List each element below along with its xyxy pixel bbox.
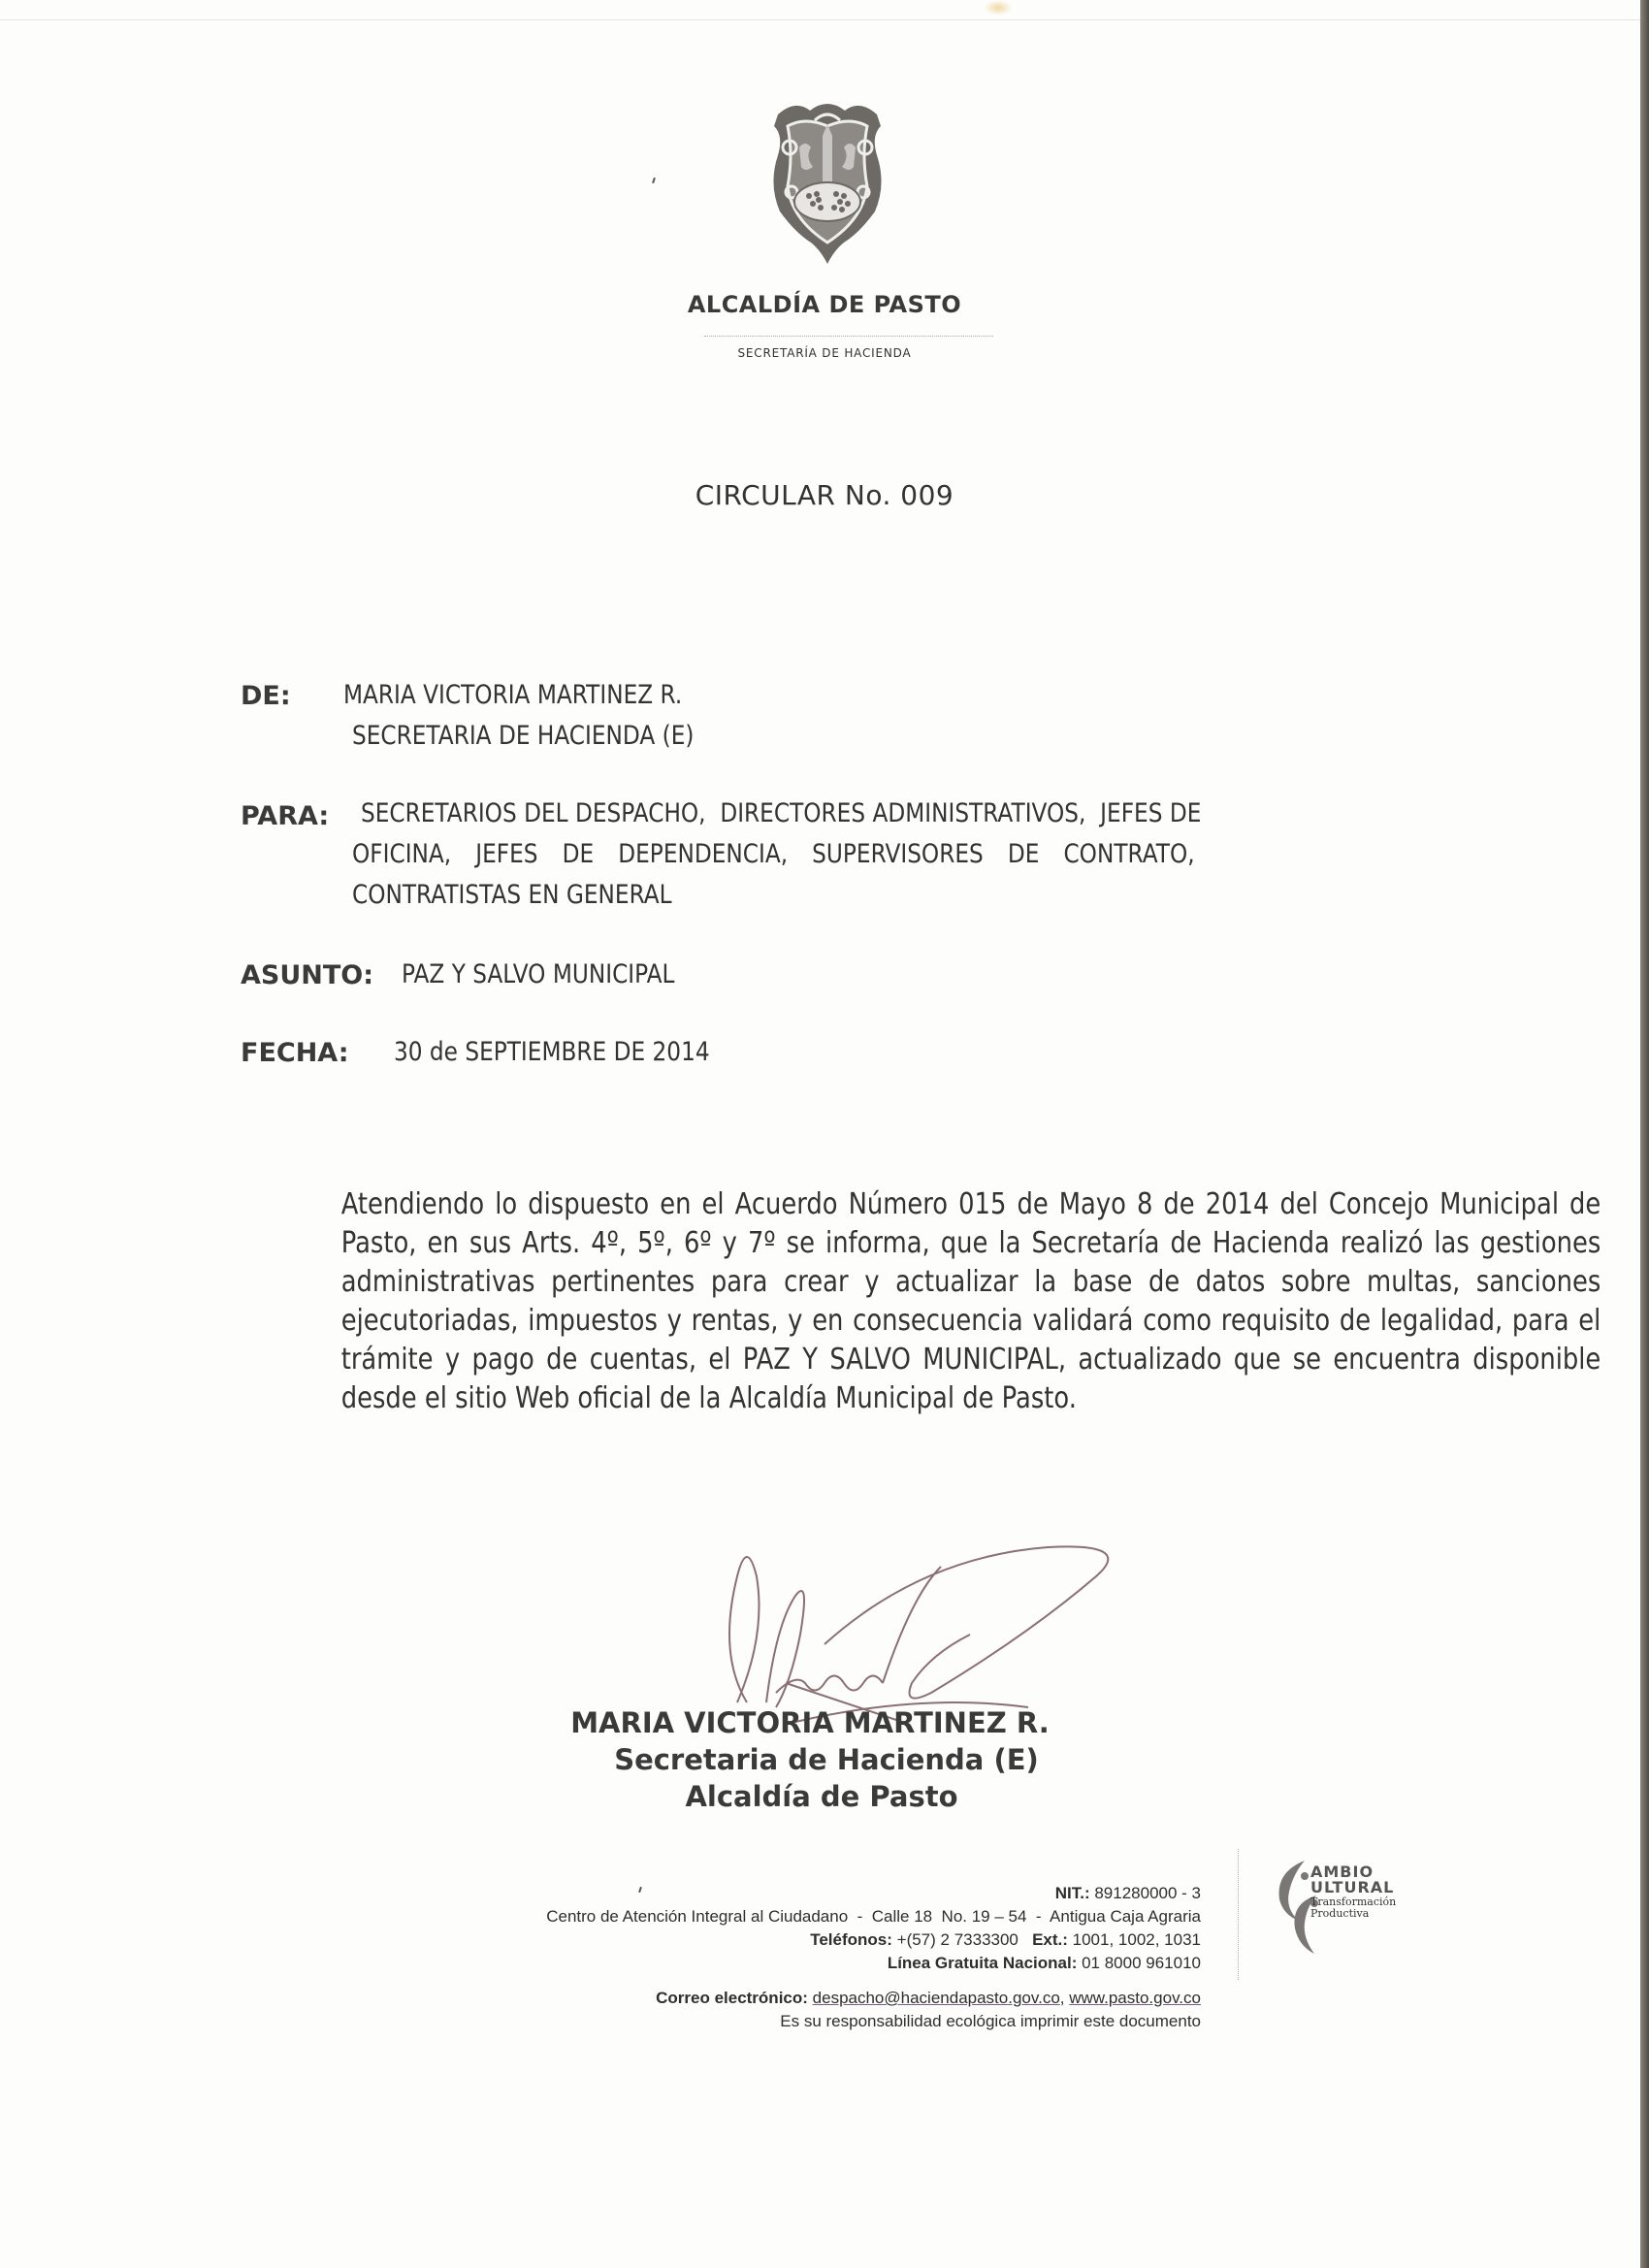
ext-label: Ext.: xyxy=(1032,1930,1068,1949)
eco-note: Es su responsabilidad ecológica imprimir… xyxy=(388,2010,1201,2033)
ext-value: 1001, 1002, 1031 xyxy=(1073,1930,1201,1949)
scan-smudge xyxy=(984,0,1013,16)
address-line: Centro de Atención Integral al Ciudadano… xyxy=(388,1905,1201,1928)
footer-divider xyxy=(1238,1849,1239,1980)
organization-name: ALCALDÍA DE PASTO xyxy=(0,291,1649,318)
toll-free-line: Línea Gratuita Nacional: 01 8000 961010 xyxy=(388,1952,1201,1975)
department-name: SECRETARÍA DE HACIENDA xyxy=(0,346,1649,360)
body-paragraph: Atendiendo lo dispuesto en el Acuerdo Nú… xyxy=(341,1185,1601,1418)
date-value: 30 de SEPTIEMBRE DE 2014 xyxy=(394,1032,710,1073)
to-label: PARA: xyxy=(241,801,329,831)
website-link[interactable]: www.pasto.gov.co xyxy=(1069,1989,1201,2007)
subject-label: ASUNTO: xyxy=(241,960,373,990)
body-text: Atendiendo lo dispuesto en el Acuerdo Nú… xyxy=(341,1185,1601,1418)
campaign-line-2: ULTURAL xyxy=(1310,1878,1394,1896)
from-label: DE: xyxy=(241,681,291,711)
handwritten-signature-icon xyxy=(679,1538,1145,1732)
phones-label: Teléfonos: xyxy=(810,1930,892,1949)
signer-name: MARIA VICTORIA MARTINEZ R. xyxy=(0,1704,1649,1741)
scan-speck xyxy=(652,178,656,183)
nit-value: 891280000 - 3 xyxy=(1094,1884,1201,1902)
letterhead-divider xyxy=(704,336,993,337)
email-label: Correo electrónico: xyxy=(656,1989,808,2007)
phones-line: Teléfonos: +(57) 2 7333300 Ext.: 1001, 1… xyxy=(388,1928,1201,1952)
nit-label: NIT.: xyxy=(1055,1884,1090,1902)
phones-value: +(57) 2 7333300 xyxy=(897,1930,1018,1949)
email-line: Correo electrónico: despacho@haciendapas… xyxy=(388,1987,1201,2010)
toll-free-label: Línea Gratuita Nacional: xyxy=(888,1954,1078,1972)
scan-top-edge xyxy=(0,0,1649,20)
from-name: MARIA VICTORIA MARTINEZ R. xyxy=(343,675,682,716)
campaign-line-4: Productiva xyxy=(1310,1907,1369,1920)
to-line: OFICINA, JEFES DE DEPENDENCIA, SUPERVISO… xyxy=(352,834,1195,875)
scan-right-edge xyxy=(1640,0,1649,2268)
municipal-coat-of-arms-icon xyxy=(766,97,889,268)
subject-value: PAZ Y SALVO MUNICIPAL xyxy=(402,955,674,995)
nit-line: NIT.: 891280000 - 3 xyxy=(388,1882,1201,1905)
to-line: SECRETARIOS DEL DESPACHO, DIRECTORES ADM… xyxy=(361,794,1201,834)
from-title: SECRETARIA DE HACIENDA (E) xyxy=(352,716,694,757)
toll-free-value: 01 8000 961010 xyxy=(1082,1954,1201,1972)
date-label: FECHA: xyxy=(241,1038,349,1068)
to-line: CONTRATISTAS EN GENERAL xyxy=(352,875,672,916)
footer-contact: NIT.: 891280000 - 3 Centro de Atención I… xyxy=(388,1882,1201,2033)
signer-title: Secretaria de Hacienda (E) xyxy=(4,1741,1649,1778)
circular-title: CIRCULAR No. 009 xyxy=(0,479,1649,511)
email-link[interactable]: despacho@haciendapasto.gov.co xyxy=(813,1989,1060,2007)
signature-block: MARIA VICTORIA MARTINEZ R. Secretaria de… xyxy=(0,1704,1649,1815)
signer-organization: Alcaldía de Pasto xyxy=(0,1778,1649,1815)
